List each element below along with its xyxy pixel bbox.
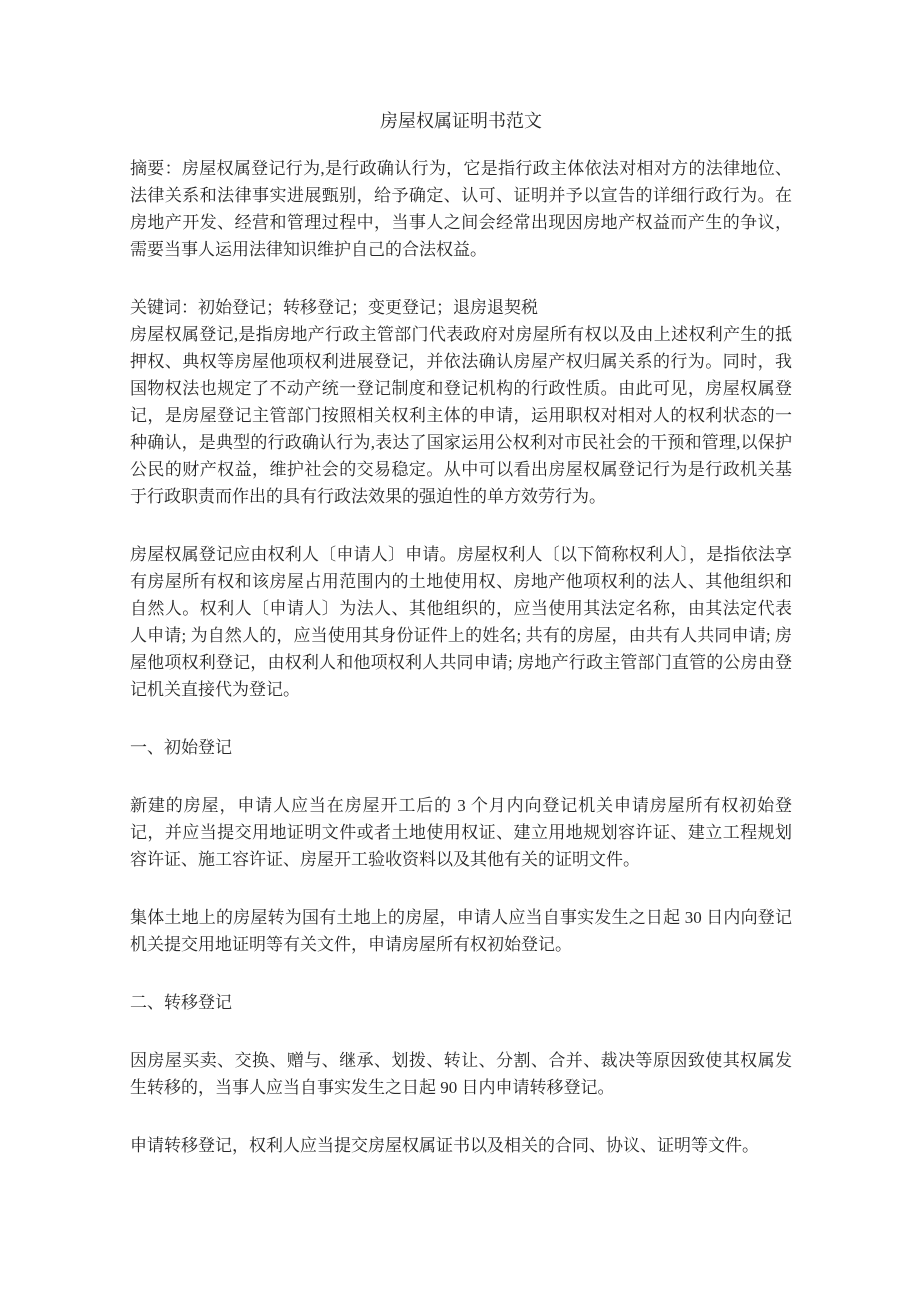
section-1-paragraph-2: 集体土地上的房屋转为国有土地上的房屋，申请人应当自事实发生之日起 30 日内向登… <box>130 904 792 958</box>
section-2-paragraph-1: 因房屋买卖、交换、赠与、继承、划拨、转让、分割、合并、裁决等原因致使其权属发生转… <box>130 1047 792 1101</box>
section-2-paragraph-2: 申请转移登记，权利人应当提交房屋权属证书以及相关的合同、协议、证明等文件。 <box>130 1132 792 1159</box>
section-2-heading: 二、转移登记 <box>130 989 792 1016</box>
intro-paragraph: 房屋权属登记,是指房地产行政主管部门代表政府对房屋所有权以及由上述权利产生的抵押… <box>130 321 792 510</box>
section-1-paragraph-1: 新建的房屋，申请人应当在房屋开工后的 3 个月内向登记机关申请房屋所有权初始登记… <box>130 792 792 873</box>
section-1-heading: 一、初始登记 <box>130 734 792 761</box>
keywords-line: 关键词：初始登记；转移登记；变更登记；退房退契税 <box>130 294 792 321</box>
abstract-paragraph: 摘要：房屋权属登记行为,是行政确认行为，它是指行政主体依法对相对方的法律地位、法… <box>130 155 792 263</box>
document-title: 房屋权属证明书范文 <box>130 108 792 135</box>
applicant-paragraph: 房屋权属登记应由权利人〔申请人〕申请。房屋权利人〔以下简称权利人〕，是指依法享有… <box>130 541 792 703</box>
document-page: 房屋权属证明书范文 摘要：房屋权属登记行为,是行政确认行为，它是指行政主体依法对… <box>0 0 920 1302</box>
